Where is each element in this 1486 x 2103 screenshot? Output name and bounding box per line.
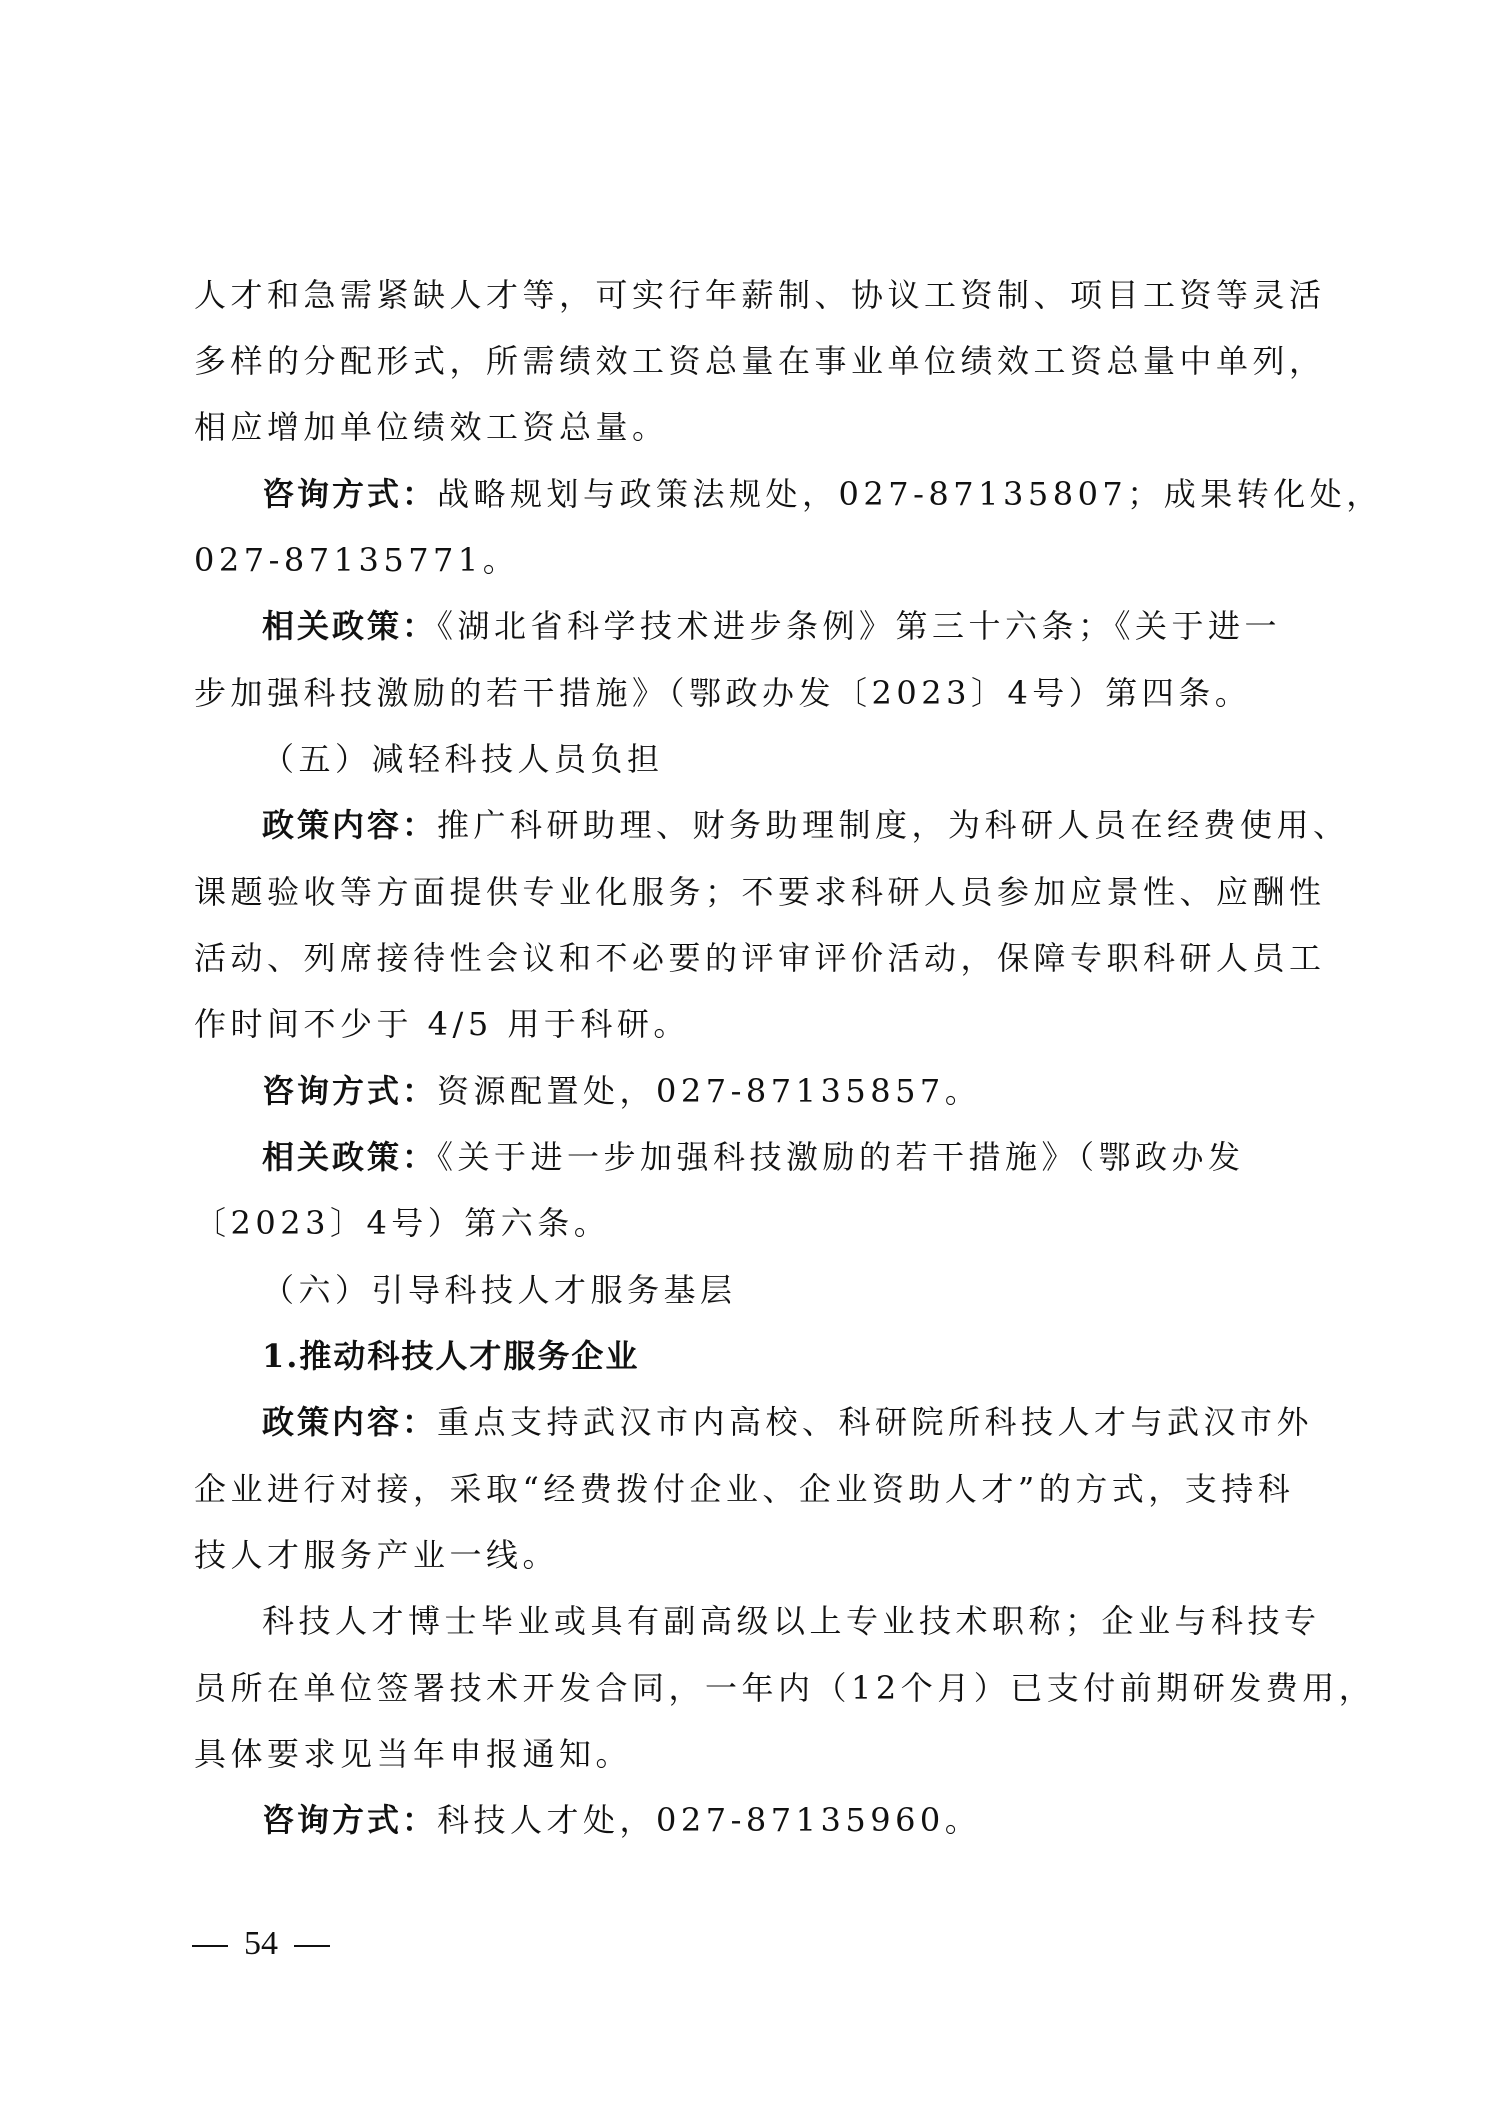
paragraph-line: 相应增加单位绩效工资总量。 [194,407,669,447]
footer-dash-right [294,1945,330,1947]
related-policy-line: 相关政策：《湖北省科学技术进步条例》第三十六条；《关于进一 [262,606,1281,646]
line-text: 人才和急需紧缺人才等，可实行年薪制、协议工资制、项目工资等灵活 [194,276,1326,314]
line-text: 重点支持武汉市内高校、科研院所科技人才与武汉市外 [437,1403,1313,1441]
line-text: 技人才服务产业一线。 [194,1536,559,1574]
consultation-label: 咨询方式： [262,1072,437,1110]
line-text: 企业进行对接，采取“经费拨付企业、企业资助人才”的方式，支持科 [194,1470,1294,1508]
line-text: 科技人才博士毕业或具有副高级以上专业技术职称；企业与科技专 [262,1602,1321,1640]
line-text: 课题验收等方面提供专业化服务；不要求科研人员参加应景性、应酬性 [194,873,1326,911]
line-text: 推广科研助理、财务助理制度，为科研人员在经费使用、 [437,806,1350,844]
line-text: 〔2023〕4号）第六条。 [194,1204,610,1242]
section-heading-text: （五）减轻科技人员负担 [262,740,664,778]
line-text: 作时间不少于 4/5 用于科研。 [194,1005,690,1043]
related-policy-label: 相关政策： [262,1138,437,1176]
paragraph-line: 企业进行对接，采取“经费拨付企业、企业资助人才”的方式，支持科 [194,1469,1294,1509]
related-policy-line: 相关政策：《关于进一步加强科技激励的若干措施》（鄂政办发 [262,1137,1245,1177]
consultation-label: 咨询方式： [262,475,437,513]
footer-dash-left [192,1945,228,1947]
consultation-line: 咨询方式：科技人才处，027-87135960。 [262,1800,981,1840]
paragraph-line: 人才和急需紧缺人才等，可实行年薪制、协议工资制、项目工资等灵活 [194,275,1326,315]
related-policy-label: 相关政策： [262,607,437,645]
consultation-line: 咨询方式：资源配置处，027-87135857。 [262,1071,981,1111]
line-text: 资源配置处，027-87135857。 [437,1072,981,1110]
line-text: 具体要求见当年申报通知。 [194,1735,632,1773]
section-heading: （六）引导科技人才服务基层 [262,1270,737,1310]
policy-content-line: 政策内容：重点支持武汉市内高校、科研院所科技人才与武汉市外 [262,1402,1313,1442]
line-text: 步加强科技激励的若干措施》（鄂政办发〔2023〕4号）第四条。 [194,674,1251,712]
paragraph-line: 多样的分配形式，所需绩效工资总量在事业单位绩效工资总量中单列， [194,341,1326,381]
line-text: 科技人才处，027-87135960。 [437,1801,981,1839]
section-heading-text: （六）引导科技人才服务基层 [262,1271,737,1309]
paragraph-line: 作时间不少于 4/5 用于科研。 [194,1004,690,1044]
paragraph-line: 科技人才博士毕业或具有副高级以上专业技术职称；企业与科技专 [262,1601,1321,1641]
paragraph-line: 步加强科技激励的若干措施》（鄂政办发〔2023〕4号）第四条。 [194,673,1251,713]
line-text: 员所在单位签署技术开发合同，一年内（12个月）已支付前期研发费用， [194,1669,1375,1707]
subsection-heading: 1.推动科技人才服务企业 [262,1336,639,1376]
paragraph-line: 〔2023〕4号）第六条。 [194,1203,610,1243]
paragraph-line: 技人才服务产业一线。 [194,1535,559,1575]
consultation-label: 咨询方式： [262,1801,437,1839]
consultation-line: 咨询方式：战略规划与政策法规处，027-87135807；成果转化处， [262,474,1383,514]
paragraph-line: 员所在单位签署技术开发合同，一年内（12个月）已支付前期研发费用， [194,1668,1375,1708]
line-text: 027-87135771。 [194,541,519,579]
paragraph-line: 课题验收等方面提供专业化服务；不要求科研人员参加应景性、应酬性 [194,872,1326,912]
policy-content-line: 政策内容：推广科研助理、财务助理制度，为科研人员在经费使用、 [262,805,1350,845]
line-text: 战略规划与政策法规处，027-87135807；成果转化处， [437,475,1383,513]
line-text: 多样的分配形式，所需绩效工资总量在事业单位绩效工资总量中单列， [194,342,1326,380]
line-text: 相应增加单位绩效工资总量。 [194,408,669,446]
line-text: 《关于进一步加强科技激励的若干措施》（鄂政办发 [437,1138,1245,1176]
page-footer: 54 [192,1924,330,1964]
policy-content-label: 政策内容： [262,806,437,844]
section-heading: （五）减轻科技人员负担 [262,739,664,779]
paragraph-line: 具体要求见当年申报通知。 [194,1734,632,1774]
paragraph-line: 活动、列席接待性会议和不必要的评审评价活动，保障专职科研人员工 [194,938,1326,978]
line-text: 《湖北省科学技术进步条例》第三十六条；《关于进一 [437,607,1281,645]
policy-content-label: 政策内容： [262,1403,437,1441]
page-number: 54 [244,1925,278,1962]
document-page: 人才和急需紧缺人才等，可实行年薪制、协议工资制、项目工资等灵活 多样的分配形式，… [0,0,1486,2103]
subsection-heading-text: 1.推动科技人才服务企业 [262,1337,639,1375]
paragraph-line: 027-87135771。 [194,540,519,580]
line-text: 活动、列席接待性会议和不必要的评审评价活动，保障专职科研人员工 [194,939,1326,977]
